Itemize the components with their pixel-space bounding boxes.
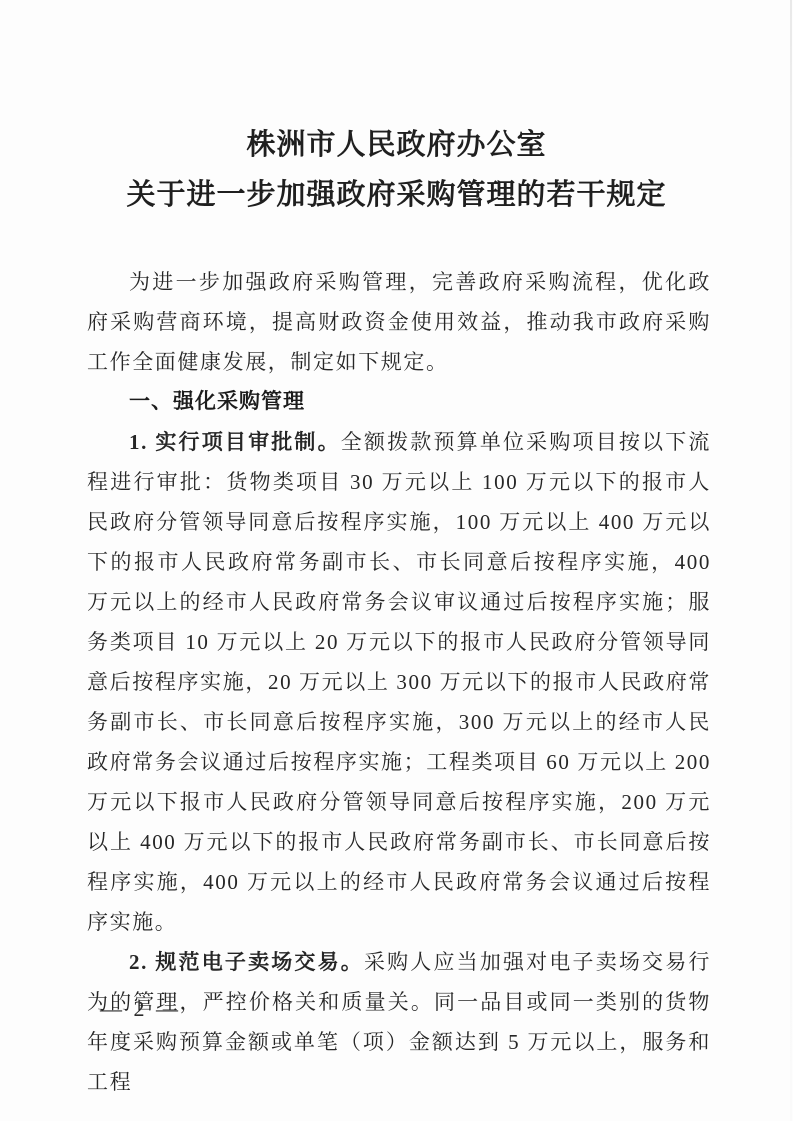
doc-body: 为进一步加强政府采购管理，完善政府采购流程，优化政府采购营商环境，提高财政资金使…: [87, 262, 711, 1102]
doc-title-line1: 株洲市人民政府办公室: [0, 120, 793, 170]
document-page: 株洲市人民政府办公室 关于进一步加强政府采购管理的若干规定 为进一步加强政府采购…: [0, 0, 793, 1121]
item-1-paragraph: 1. 实行项目审批制。全额拨款预算单位采购项目按以下流程进行审批：货物类项目 3…: [87, 422, 711, 942]
scan-edge-artifact: [790, 0, 792, 1121]
item-1-body: 全额拨款预算单位采购项目按以下流程进行审批：货物类项目 30 万元以上 100 …: [87, 430, 711, 934]
title-block: 株洲市人民政府办公室 关于进一步加强政府采购管理的若干规定: [0, 120, 793, 220]
page-number: — 2 —: [100, 996, 181, 1022]
item-2-lead: 2. 规范电子卖场交易。: [129, 950, 364, 974]
doc-title-line2: 关于进一步加强政府采购管理的若干规定: [0, 170, 793, 220]
intro-paragraph: 为进一步加强政府采购管理，完善政府采购流程，优化政府采购营商环境，提高财政资金使…: [87, 262, 711, 382]
item-1-lead: 1. 实行项目审批制。: [129, 430, 341, 454]
section-heading-1: 一、强化采购管理: [87, 382, 711, 422]
item-2-paragraph: 2. 规范电子卖场交易。采购人应当加强对电子卖场交易行为的管理，严控价格关和质量…: [87, 942, 711, 1102]
